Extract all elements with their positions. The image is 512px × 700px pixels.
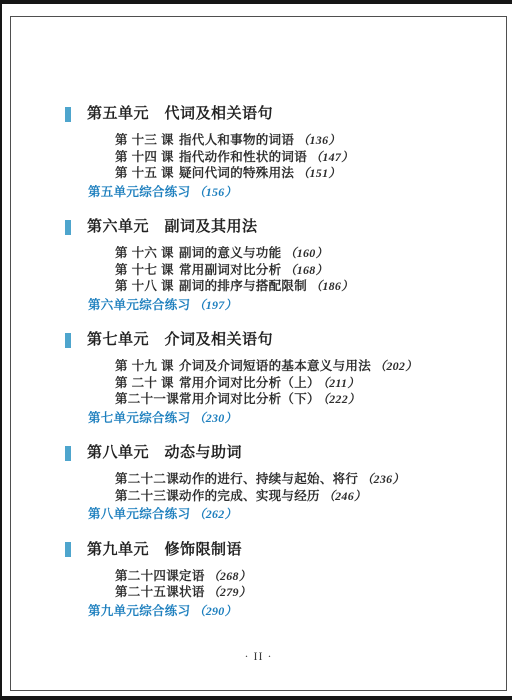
unit-accent-bar: [65, 107, 71, 122]
scan-edge-top: [0, 0, 512, 4]
practice-page-number: （290）: [193, 604, 237, 618]
scanned-book-page: 第五单元 代词及相关语句第 十三 课指代人和事物的词语（136）第 十四 课指代…: [0, 0, 512, 700]
unit-title: 第八单元 动态与助词: [87, 444, 242, 462]
toc-lesson-row: 第二十三课动作的完成、实现与经历（246）: [65, 488, 496, 505]
lesson-title: 指代人和事物的词语: [179, 133, 294, 147]
lesson-page-number: （246）: [323, 489, 367, 503]
lesson-number: 第 十八 课: [115, 278, 179, 295]
lesson-number: 第 十九 课: [115, 358, 179, 375]
toc-lesson-row: 第二十五课状语（279）: [65, 584, 496, 601]
unit-heading: 第八单元 动态与助词: [65, 444, 496, 462]
unit-practice-exercises: 第九单元综合练习（290）: [65, 603, 496, 620]
unit-practice-exercises: 第六单元综合练习（197）: [65, 297, 496, 314]
practice-label: 第八单元综合练习: [88, 507, 190, 521]
lesson-page-number: （160）: [284, 246, 328, 260]
toc-lesson-row: 第 十五 课疑问代词的特殊用法（151）: [65, 165, 496, 182]
toc-lesson-row: 第 十三 课指代人和事物的词语（136）: [65, 132, 496, 149]
toc-lesson-row: 第 十六 课副词的意义与功能（160）: [65, 245, 496, 262]
unit-accent-bar: [65, 220, 71, 235]
lesson-title: 状语: [179, 585, 205, 599]
lesson-page-number: （147）: [310, 150, 354, 164]
toc-lesson-row: 第 十八 课副词的排序与搭配限制（186）: [65, 278, 496, 295]
scan-edge-left: [0, 0, 2, 700]
lesson-title: 动作的完成、实现与经历: [179, 489, 320, 503]
practice-label: 第九单元综合练习: [88, 604, 190, 618]
unit-accent-bar: [65, 333, 71, 348]
unit-practice-exercises: 第五单元综合练习（156）: [65, 184, 496, 201]
unit-heading: 第九单元 修饰限制语: [65, 541, 496, 559]
toc-lesson-row: 第二十四课定语（268）: [65, 568, 496, 585]
lesson-page-number: （136）: [297, 133, 341, 147]
unit-title: 第七单元 介词及相关语句: [87, 331, 273, 349]
lesson-page-number: （202）: [374, 359, 418, 373]
practice-page-number: （156）: [193, 185, 237, 199]
unit-heading: 第六单元 副词及其用法: [65, 218, 496, 236]
lesson-page-number: （211）: [323, 376, 360, 390]
lesson-title: 副词的排序与搭配限制: [179, 279, 307, 293]
lesson-number: 第二十五课: [115, 584, 179, 601]
page-number: · II ·: [11, 649, 506, 664]
unit-heading: 第七单元 介词及相关语句: [65, 331, 496, 349]
lesson-title: 常用介词对比分析（上）: [179, 376, 320, 390]
practice-label: 第五单元综合练习: [88, 185, 190, 199]
toc-lesson-row: 第二十二课动作的进行、持续与起始、将行（236）: [65, 471, 496, 488]
unit-accent-bar: [65, 446, 71, 461]
lesson-page-number: （268）: [208, 569, 252, 583]
lesson-page-number: （186）: [310, 279, 354, 293]
lesson-number: 第 十五 课: [115, 165, 179, 182]
toc-lesson-row: 第二十一课常用介词对比分析（下）（222）: [65, 391, 496, 408]
toc-lesson-row: 第 二十 课常用介词对比分析（上）（211）: [65, 375, 496, 392]
practice-page-number: （197）: [193, 298, 237, 312]
lesson-number: 第二十二课: [115, 471, 179, 488]
practice-label: 第七单元综合练习: [88, 411, 190, 425]
unit-section: 第九单元 修饰限制语第二十四课定语（268）第二十五课状语（279）第九单元综合…: [65, 541, 496, 620]
unit-practice-exercises: 第七单元综合练习（230）: [65, 410, 496, 427]
table-of-contents: 第五单元 代词及相关语句第 十三 课指代人和事物的词语（136）第 十四 课指代…: [11, 17, 506, 619]
practice-page-number: （262）: [193, 507, 237, 521]
lesson-number: 第 二十 课: [115, 375, 179, 392]
lesson-number: 第 十七 课: [115, 262, 179, 279]
unit-accent-bar: [65, 542, 71, 557]
lesson-title: 常用副词对比分析: [179, 263, 281, 277]
unit-practice-exercises: 第八单元综合练习（262）: [65, 506, 496, 523]
lesson-number: 第二十三课: [115, 488, 179, 505]
unit-title: 第五单元 代词及相关语句: [87, 105, 273, 123]
unit-section: 第五单元 代词及相关语句第 十三 课指代人和事物的词语（136）第 十四 课指代…: [65, 105, 496, 200]
unit-section: 第六单元 副词及其用法第 十六 课副词的意义与功能（160）第 十七 课常用副词…: [65, 218, 496, 313]
lesson-number: 第二十四课: [115, 568, 179, 585]
unit-title: 第六单元 副词及其用法: [87, 218, 258, 236]
page-border-frame: 第五单元 代词及相关语句第 十三 课指代人和事物的词语（136）第 十四 课指代…: [10, 16, 507, 691]
lesson-number: 第 十三 课: [115, 132, 179, 149]
practice-page-number: （230）: [193, 411, 237, 425]
lesson-number: 第 十四 课: [115, 149, 179, 166]
lesson-number: 第二十一课: [115, 391, 179, 408]
practice-label: 第六单元综合练习: [88, 298, 190, 312]
toc-lesson-row: 第 十四 课指代动作和性状的词语（147）: [65, 149, 496, 166]
lesson-page-number: （236）: [361, 472, 405, 486]
lesson-page-number: （279）: [208, 585, 252, 599]
lesson-number: 第 十六 课: [115, 245, 179, 262]
lesson-page-number: （151）: [297, 166, 341, 180]
unit-section: 第七单元 介词及相关语句第 十九 课介词及介词短语的基本意义与用法（202）第 …: [65, 331, 496, 426]
lesson-title: 介词及介词短语的基本意义与用法: [179, 359, 371, 373]
toc-lesson-row: 第 十九 课介词及介词短语的基本意义与用法（202）: [65, 358, 496, 375]
lesson-page-number: （168）: [284, 263, 328, 277]
lesson-title: 疑问代词的特殊用法: [179, 166, 294, 180]
lesson-title: 定语: [179, 569, 205, 583]
scan-edge-bottom: [0, 696, 512, 700]
lesson-page-number: （222）: [323, 392, 361, 406]
unit-title: 第九单元 修饰限制语: [87, 541, 242, 559]
toc-lesson-row: 第 十七 课常用副词对比分析（168）: [65, 262, 496, 279]
lesson-title: 常用介词对比分析（下）: [179, 392, 320, 406]
unit-section: 第八单元 动态与助词第二十二课动作的进行、持续与起始、将行（236）第二十三课动…: [65, 444, 496, 523]
unit-heading: 第五单元 代词及相关语句: [65, 105, 496, 123]
lesson-title: 副词的意义与功能: [179, 246, 281, 260]
lesson-title: 指代动作和性状的词语: [179, 150, 307, 164]
lesson-title: 动作的进行、持续与起始、将行: [179, 472, 358, 486]
